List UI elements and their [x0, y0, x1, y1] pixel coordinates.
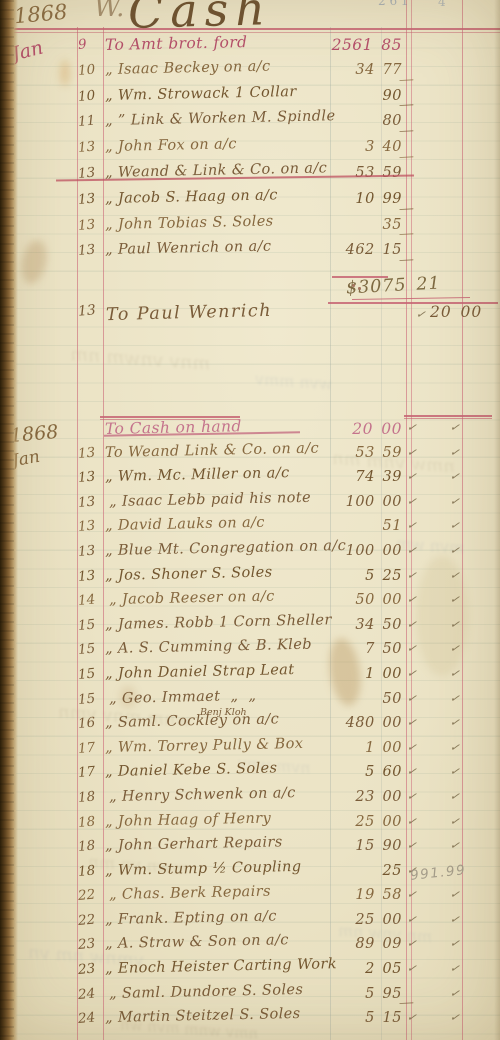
checkmark-icon: ✓ — [449, 690, 461, 705]
checkmark-icon: ✓ — [449, 665, 461, 680]
entry-day: 23 — [77, 935, 102, 953]
entry-dash-mark: – — [396, 252, 418, 268]
section1-entries: 9 To Amt brot. ford 2561 85 10 „ Isaac B… — [0, 36, 500, 268]
entry-amount: 53 59 — [248, 165, 402, 181]
entry-day: 15 — [77, 640, 102, 658]
entry-amount: 25 00 — [248, 814, 402, 830]
entry-day: 13 — [77, 542, 102, 560]
entry-amount: 100 00 — [248, 494, 402, 510]
checkmark-icon: ✓ — [415, 306, 427, 321]
checkmark-icon: ✓ — [449, 444, 461, 459]
page-right-edge-shadow — [494, 0, 500, 1040]
entry-amount: 19 58 — [248, 887, 402, 903]
ledger-entry-row: 23 „ Enoch Heister Carting Work 2 05 ✓ ✓ — [0, 961, 500, 986]
entry-day: 13 — [77, 468, 102, 486]
entry-day: 15 — [77, 616, 102, 634]
entry-description: „ Paul Wenrich on a/c — [105, 239, 272, 258]
checkmark-icon: ✓ — [449, 837, 461, 852]
title-flourish: W. — [94, 0, 124, 23]
entry-amount: 89 09 — [248, 936, 402, 952]
entry-amount: 480 00 — [248, 715, 402, 731]
entry-day: 13 — [77, 517, 102, 535]
checkmark-icon: ✓ — [406, 518, 418, 533]
entry-amount: 15 90 — [248, 838, 402, 854]
entry-day: 13 — [77, 302, 96, 319]
checkmark-icon: ✓ — [406, 542, 418, 557]
checkmark-icon: ✓ — [449, 641, 461, 656]
ledger-entry-row: 13 „ Paul Wenrich on a/c 462 15 – — [0, 242, 500, 268]
entry-amount: 50 00 — [248, 592, 402, 608]
checkmark-icon: ✓ — [406, 813, 418, 828]
checkmark-icon: ✓ — [406, 690, 418, 705]
ledger-entry-row: 10 „ Isaac Beckey on a/c 34 77 – — [0, 62, 500, 88]
entry-description: „ David Lauks on a/c — [105, 515, 265, 534]
ledger-page: 2 6 14mnv vnwm nmwvn mmvnmw vnm mnmvn wm… — [0, 0, 500, 1040]
entry-amount: 20 00 — [248, 420, 402, 438]
entry-amount: 1 00 — [248, 666, 402, 682]
entry-day: 24 — [77, 1009, 102, 1027]
entry-amount: 2 05 — [248, 961, 402, 977]
ledger-entry-row: 11 „ ” Link & Worken M. Spindle 80 – — [0, 113, 500, 139]
checkmark-icon: ✓ — [406, 960, 418, 975]
entry-description: „ John Fox on a/c — [105, 136, 237, 155]
entry-amount: 5 15 — [248, 1010, 402, 1026]
entry-day: 13 — [77, 493, 102, 511]
checkmark-icon: ✓ — [406, 641, 418, 656]
entry-description: „ Isaac Beckey on a/c — [105, 58, 271, 77]
ledger-entry-row: 24 „ Martin Steitzel S. Soles 5 15 ✓ ✓ — [0, 1010, 500, 1035]
ledger-entry-row: 13 „ Blue Mt. Congregation on a/c 100 00… — [0, 543, 500, 568]
entry-amount: 50 — [248, 691, 402, 707]
entry-day: 13 — [77, 138, 102, 156]
entry-day: 22 — [77, 911, 102, 929]
entry-day: 9 — [77, 35, 102, 53]
checkmark-icon: ✓ — [449, 469, 461, 484]
checkmark-icon: ✓ — [449, 936, 461, 951]
entry-day: 10 — [77, 87, 102, 105]
entry-day: 13 — [77, 190, 102, 208]
entry-day: 24 — [77, 985, 102, 1003]
entry-amount: 25 00 — [248, 912, 402, 928]
ledger-entry-row: 9 To Amt brot. ford 2561 85 — [0, 36, 500, 62]
entry-amount: 34 50 — [248, 617, 402, 633]
entry-amount: 53 59 — [248, 445, 402, 461]
entry-day: 13 — [77, 216, 102, 234]
checkmark-icon: ✓ — [406, 444, 418, 459]
entry-day: 18 — [77, 837, 102, 855]
entry-amount: 23 00 — [248, 789, 402, 805]
entry-day: 18 — [77, 862, 102, 880]
checkmark-icon: ✓ — [449, 1010, 461, 1025]
section2-entries: To Cash on hand 20 00 ✓ ✓ 13 To Weand Li… — [0, 420, 500, 1035]
page-year: 1868 — [13, 0, 68, 28]
checkmark-icon: ✓ — [449, 518, 461, 533]
entry-amount: 462 15 — [248, 242, 402, 258]
entry-description: „ John Haag of Henry — [105, 810, 271, 829]
entry-amount: 51 — [248, 518, 402, 534]
entry-day: 18 — [77, 788, 102, 806]
checkmark-icon: ✓ — [449, 960, 461, 975]
entry-day: 17 — [77, 739, 102, 757]
entry-description: To Paul Wenrich — [106, 301, 272, 325]
checkmark-icon: ✓ — [406, 665, 418, 680]
checkmark-icon: ✓ — [406, 714, 418, 729]
entry-day: 16 — [77, 714, 102, 732]
bleedthrough-text: 4 — [438, 0, 446, 9]
checkmark-icon: ✓ — [449, 714, 461, 729]
checkmark-icon: ✓ — [406, 1010, 418, 1025]
entry-amount: 5 95 — [248, 986, 402, 1002]
binding-texture — [0, 0, 14, 1040]
entry-day: 22 — [77, 886, 102, 904]
checkmark-icon: ✓ — [406, 567, 418, 582]
entry-dash-mark: – — [396, 995, 418, 1011]
entry-amount: 80 — [248, 113, 402, 129]
entry-day: 17 — [77, 763, 102, 781]
ledger-entry-row: 13 „ Weand & Link & Co. on a/c 53 59 — [0, 165, 500, 191]
ledger-entry-row: 15 „ John Daniel Strap Leat 1 00 ✓ ✓ — [0, 666, 500, 691]
checkmark-icon: ✓ — [449, 764, 461, 779]
checkmark-icon: ✓ — [449, 419, 461, 434]
bleedthrough-text: 2 6 1 — [378, 0, 409, 8]
entry-amount: 10 99 — [248, 191, 402, 207]
entry-day: 11 — [77, 112, 102, 130]
entry-amount: 3 40 — [248, 139, 402, 155]
checkmark-icon: ✓ — [449, 985, 461, 1000]
checkmark-icon: ✓ — [406, 788, 418, 803]
entry-day: 18 — [77, 812, 102, 830]
checkmark-icon: ✓ — [406, 936, 418, 951]
entry-description: To Amt brot. ford — [105, 33, 248, 54]
checkmark-icon: ✓ — [449, 567, 461, 582]
entry-day: 13 — [77, 241, 102, 259]
entry-amount: 100 00 — [248, 543, 402, 559]
entry-amount: 34 77 — [248, 62, 402, 78]
checkmark-icon: ✓ — [406, 591, 418, 606]
entry-amount: 5 60 — [248, 764, 402, 780]
entry-day: 13 — [77, 164, 102, 182]
entry-dash-mark: – — [396, 201, 418, 217]
pencil-note: 991.99 — [409, 862, 467, 884]
checkmark-icon: ✓ — [406, 739, 418, 754]
entry-day: 15 — [77, 690, 102, 708]
entry-description: „ Chas. Berk Repairs — [109, 884, 271, 903]
entry-dash-mark: – — [396, 123, 418, 139]
checkmark-icon: ✓ — [406, 469, 418, 484]
entry-amount: 1 00 — [248, 740, 402, 756]
checkmark-icon: ✓ — [449, 493, 461, 508]
checkmark-icon: ✓ — [406, 764, 418, 779]
entry-amount: 74 39 — [248, 469, 402, 485]
entry-dash-mark: – — [396, 72, 418, 88]
entry-amount: 25 — [248, 863, 402, 879]
checkmark-icon: ✓ — [449, 616, 461, 631]
checkmark-icon: ✓ — [406, 887, 418, 902]
entry-day: 14 — [77, 591, 102, 609]
section2-rule-right-a — [404, 415, 492, 417]
ledger-entry-row: 13 „ Jacob S. Haag on a/c 10 99 – — [0, 191, 500, 217]
ledger-entry-row: 18 „ Henry Schwenk on a/c 23 00 ✓ ✓ — [0, 789, 500, 814]
section2-rule-right-b — [404, 418, 492, 419]
checkmark-icon: ✓ — [406, 419, 418, 434]
carry-entry-row: 13 To Paul Wenrich ✓ 20 00 — [0, 303, 500, 333]
entry-amount: 5 25 — [248, 568, 402, 584]
entry-day — [78, 419, 102, 421]
entry-amount: 90 — [248, 88, 402, 104]
checkmark-icon: ✓ — [449, 591, 461, 606]
entry-amount: 35 — [248, 217, 402, 233]
entry-description: To Cash on hand — [105, 417, 242, 438]
entry-amount: 20 00 — [430, 303, 482, 321]
entry-dash-mark: – — [396, 227, 418, 243]
checkmark-icon: ✓ — [449, 813, 461, 828]
checkmark-icon: ✓ — [449, 739, 461, 754]
checkmark-icon: ✓ — [449, 887, 461, 902]
entry-amount: 2561 85 — [248, 36, 402, 54]
checkmark-icon: ✓ — [449, 911, 461, 926]
checkmark-icon: ✓ — [406, 911, 418, 926]
entry-amount: 7 50 — [248, 641, 402, 657]
entry-dash-mark: – — [396, 98, 418, 114]
ledger-entry-row: To Cash on hand 20 00 ✓ ✓ — [0, 420, 500, 445]
entry-day: 13 — [77, 444, 102, 462]
entry-day: 13 — [77, 567, 102, 585]
entry-day: 15 — [77, 665, 102, 683]
checkmark-icon: ✓ — [449, 542, 461, 557]
entry-description: „ Geo. Immaet „ „ — [109, 687, 257, 706]
entry-dash-mark: – — [396, 149, 418, 165]
checkmark-icon: ✓ — [449, 788, 461, 803]
checkmark-icon: ✓ — [406, 493, 418, 508]
entry-day: 10 — [77, 61, 102, 79]
checkmark-icon: ✓ — [406, 616, 418, 631]
checkmark-icon: ✓ — [406, 837, 418, 852]
entry-day: 23 — [77, 960, 102, 978]
